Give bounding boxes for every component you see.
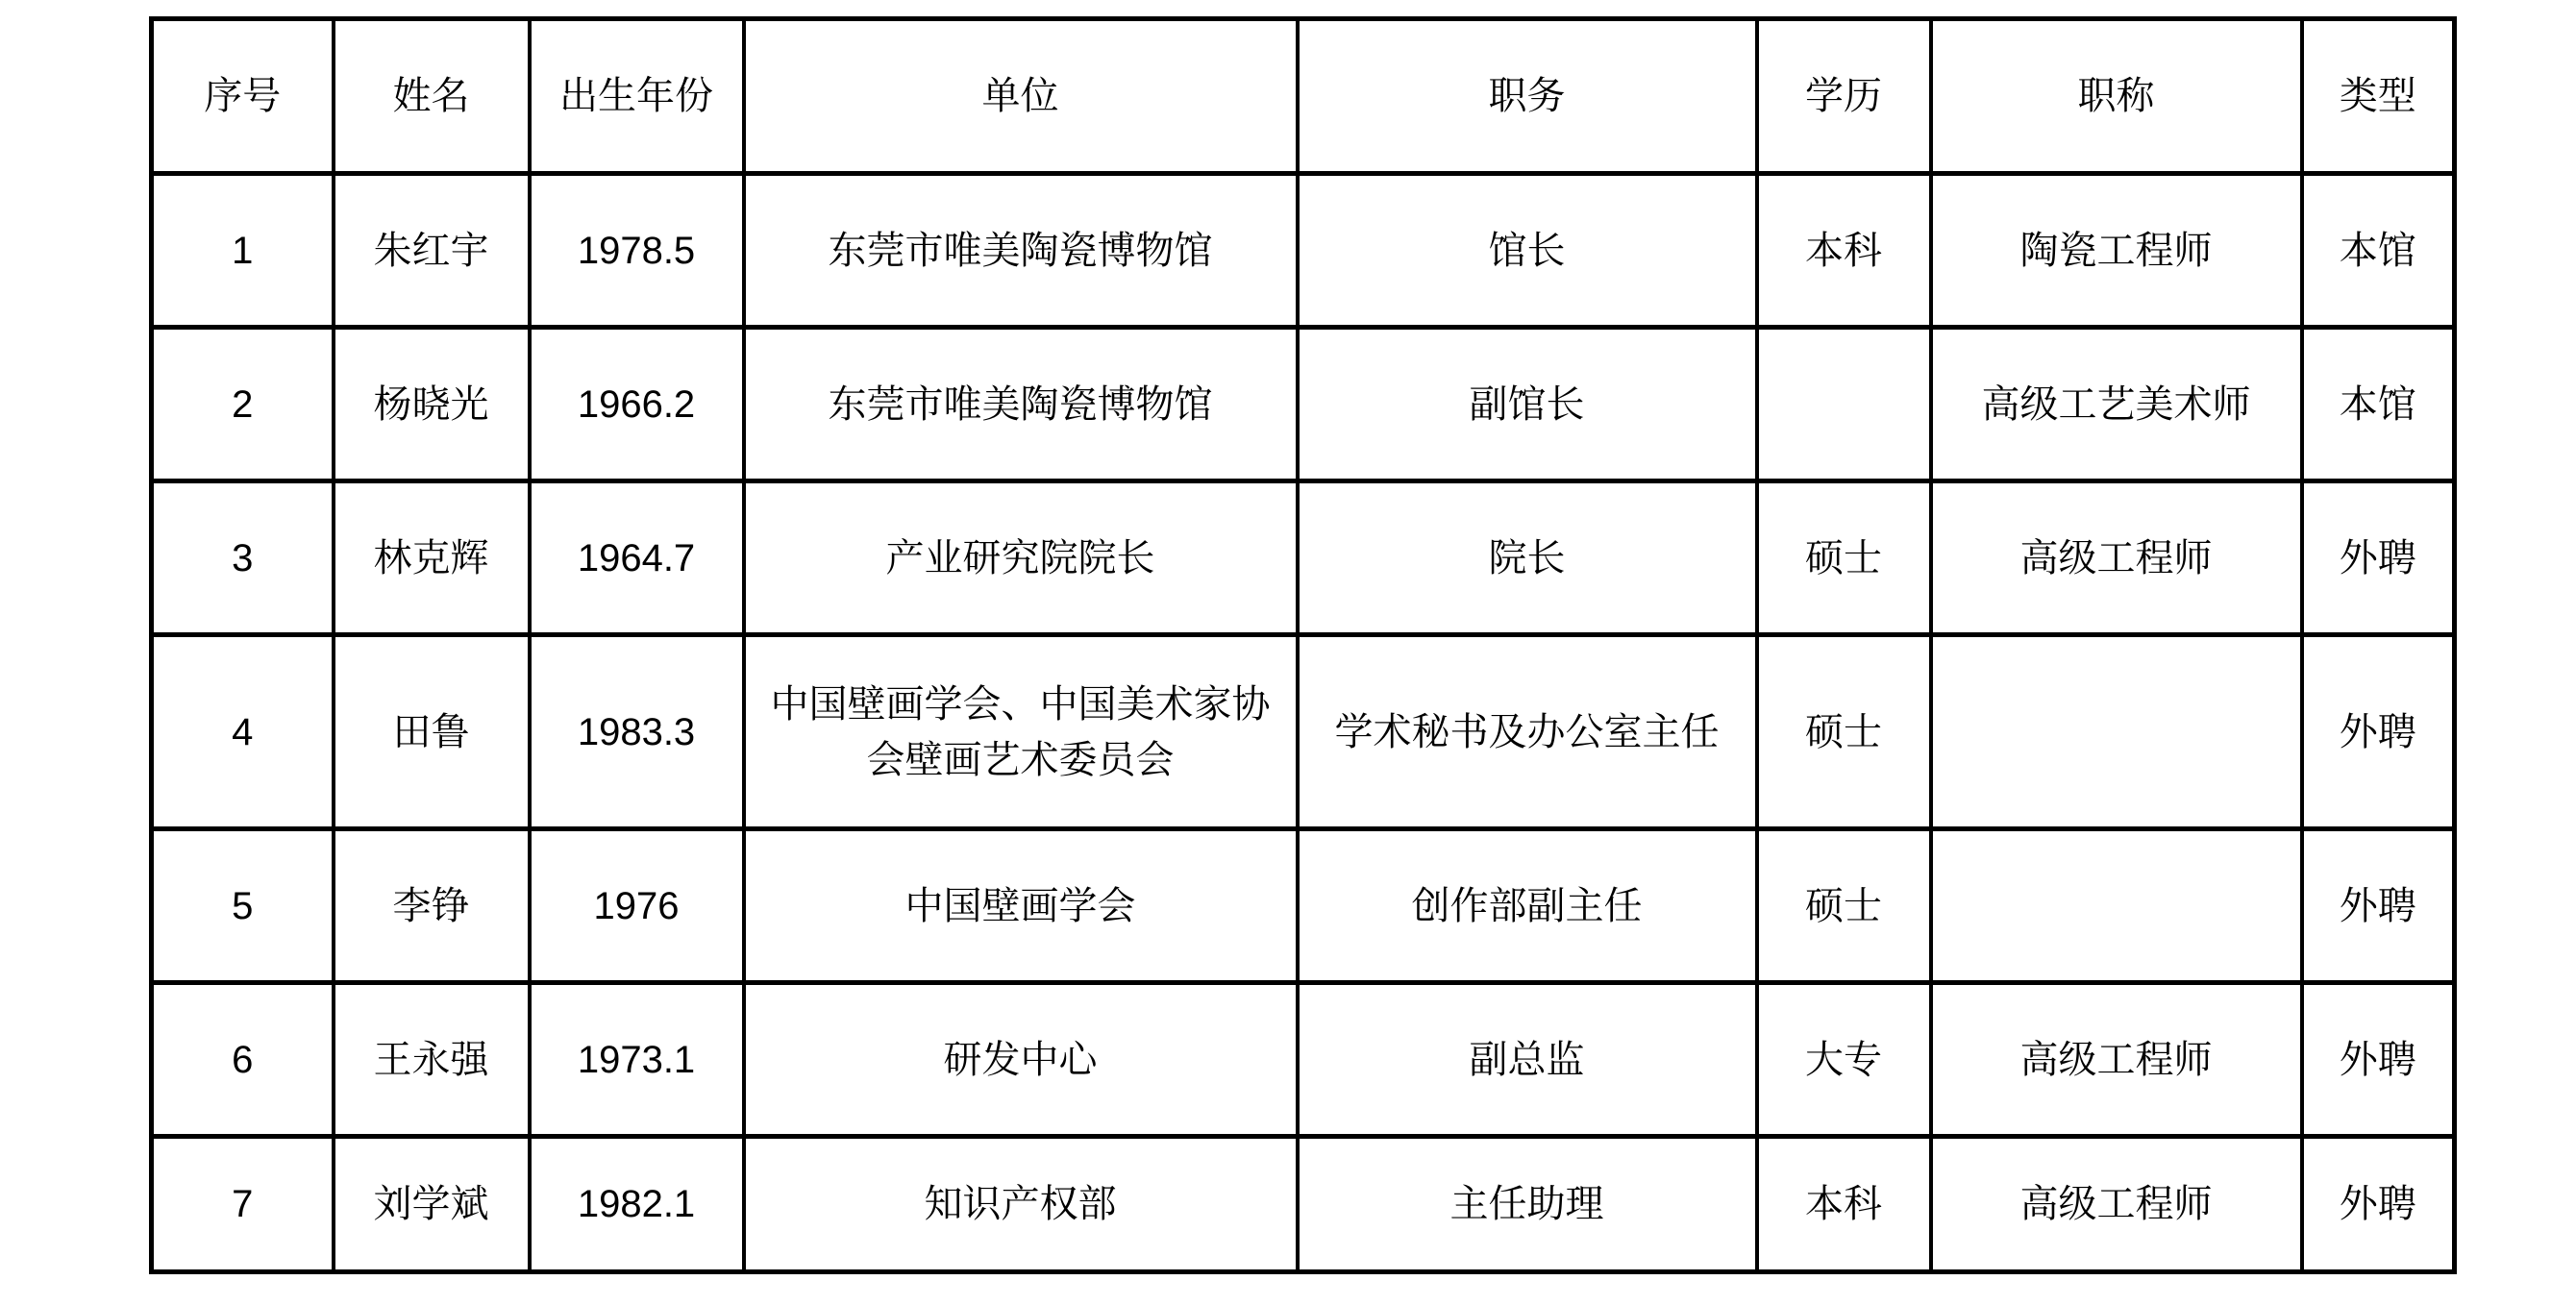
cell-unit: 中国壁画学会、中国美术家协会壁画艺术委员会 bbox=[744, 635, 1298, 829]
header-index: 序号 bbox=[152, 19, 334, 174]
cell-index: 1 bbox=[152, 174, 334, 328]
table-row: 1 朱红宇 1978.5 东莞市唯美陶瓷博物馆 馆长 本科 陶瓷工程师 本馆 bbox=[152, 174, 2455, 328]
cell-education bbox=[1757, 328, 1931, 481]
cell-name: 朱红宇 bbox=[334, 174, 530, 328]
header-name: 姓名 bbox=[334, 19, 530, 174]
cell-unit: 东莞市唯美陶瓷博物馆 bbox=[744, 174, 1298, 328]
table-row: 2 杨晓光 1966.2 东莞市唯美陶瓷博物馆 副馆长 高级工艺美术师 本馆 bbox=[152, 328, 2455, 481]
cell-type: 外聘 bbox=[2302, 1137, 2455, 1272]
cell-index: 3 bbox=[152, 481, 334, 635]
cell-title: 陶瓷工程师 bbox=[1931, 174, 2302, 328]
header-type: 类型 bbox=[2302, 19, 2455, 174]
cell-unit: 中国壁画学会 bbox=[744, 829, 1298, 983]
cell-index: 4 bbox=[152, 635, 334, 829]
cell-birth-year: 1976 bbox=[530, 829, 744, 983]
document-page: 序号 姓名 出生年份 单位 职务 学历 职称 类型 1 朱红宇 1978.5 东… bbox=[0, 0, 2576, 1305]
cell-index: 5 bbox=[152, 829, 334, 983]
table-header-row: 序号 姓名 出生年份 单位 职务 学历 职称 类型 bbox=[152, 19, 2455, 174]
cell-name: 杨晓光 bbox=[334, 328, 530, 481]
cell-name: 李铮 bbox=[334, 829, 530, 983]
cell-unit: 知识产权部 bbox=[744, 1137, 1298, 1272]
personnel-table: 序号 姓名 出生年份 单位 职务 学历 职称 类型 1 朱红宇 1978.5 东… bbox=[149, 16, 2457, 1274]
table-row: 4 田鲁 1983.3 中国壁画学会、中国美术家协会壁画艺术委员会 学术秘书及办… bbox=[152, 635, 2455, 829]
cell-position: 院长 bbox=[1298, 481, 1757, 635]
cell-birth-year: 1982.1 bbox=[530, 1137, 744, 1272]
cell-birth-year: 1964.7 bbox=[530, 481, 744, 635]
cell-education: 大专 bbox=[1757, 983, 1931, 1137]
cell-education: 本科 bbox=[1757, 1137, 1931, 1272]
cell-birth-year: 1978.5 bbox=[530, 174, 744, 328]
cell-type: 外聘 bbox=[2302, 635, 2455, 829]
cell-title: 高级工程师 bbox=[1931, 1137, 2302, 1272]
cell-index: 6 bbox=[152, 983, 334, 1137]
cell-unit: 东莞市唯美陶瓷博物馆 bbox=[744, 328, 1298, 481]
cell-position: 馆长 bbox=[1298, 174, 1757, 328]
cell-position: 副馆长 bbox=[1298, 328, 1757, 481]
cell-education: 硕士 bbox=[1757, 481, 1931, 635]
cell-title: 高级工程师 bbox=[1931, 481, 2302, 635]
cell-education: 硕士 bbox=[1757, 635, 1931, 829]
cell-title: 高级工艺美术师 bbox=[1931, 328, 2302, 481]
header-birth-year: 出生年份 bbox=[530, 19, 744, 174]
cell-type: 外聘 bbox=[2302, 983, 2455, 1137]
cell-title bbox=[1931, 829, 2302, 983]
table-row: 6 王永强 1973.1 研发中心 副总监 大专 高级工程师 外聘 bbox=[152, 983, 2455, 1137]
header-position: 职务 bbox=[1298, 19, 1757, 174]
cell-title bbox=[1931, 635, 2302, 829]
cell-birth-year: 1966.2 bbox=[530, 328, 744, 481]
cell-title: 高级工程师 bbox=[1931, 983, 2302, 1137]
cell-type: 外聘 bbox=[2302, 829, 2455, 983]
cell-birth-year: 1983.3 bbox=[530, 635, 744, 829]
cell-name: 田鲁 bbox=[334, 635, 530, 829]
cell-position: 副总监 bbox=[1298, 983, 1757, 1137]
cell-education: 硕士 bbox=[1757, 829, 1931, 983]
cell-type: 本馆 bbox=[2302, 328, 2455, 481]
cell-unit: 研发中心 bbox=[744, 983, 1298, 1137]
cell-type: 外聘 bbox=[2302, 481, 2455, 635]
header-education: 学历 bbox=[1757, 19, 1931, 174]
cell-education: 本科 bbox=[1757, 174, 1931, 328]
cell-index: 2 bbox=[152, 328, 334, 481]
table-row: 3 林克辉 1964.7 产业研究院院长 院长 硕士 高级工程师 外聘 bbox=[152, 481, 2455, 635]
cell-name: 林克辉 bbox=[334, 481, 530, 635]
cell-position: 主任助理 bbox=[1298, 1137, 1757, 1272]
cell-unit: 产业研究院院长 bbox=[744, 481, 1298, 635]
cell-birth-year: 1973.1 bbox=[530, 983, 744, 1137]
header-title: 职称 bbox=[1931, 19, 2302, 174]
cell-type: 本馆 bbox=[2302, 174, 2455, 328]
table-row: 7 刘学斌 1982.1 知识产权部 主任助理 本科 高级工程师 外聘 bbox=[152, 1137, 2455, 1272]
table-row: 5 李铮 1976 中国壁画学会 创作部副主任 硕士 外聘 bbox=[152, 829, 2455, 983]
cell-index: 7 bbox=[152, 1137, 334, 1272]
cell-name: 王永强 bbox=[334, 983, 530, 1137]
cell-name: 刘学斌 bbox=[334, 1137, 530, 1272]
cell-position: 创作部副主任 bbox=[1298, 829, 1757, 983]
cell-position: 学术秘书及办公室主任 bbox=[1298, 635, 1757, 829]
header-unit: 单位 bbox=[744, 19, 1298, 174]
